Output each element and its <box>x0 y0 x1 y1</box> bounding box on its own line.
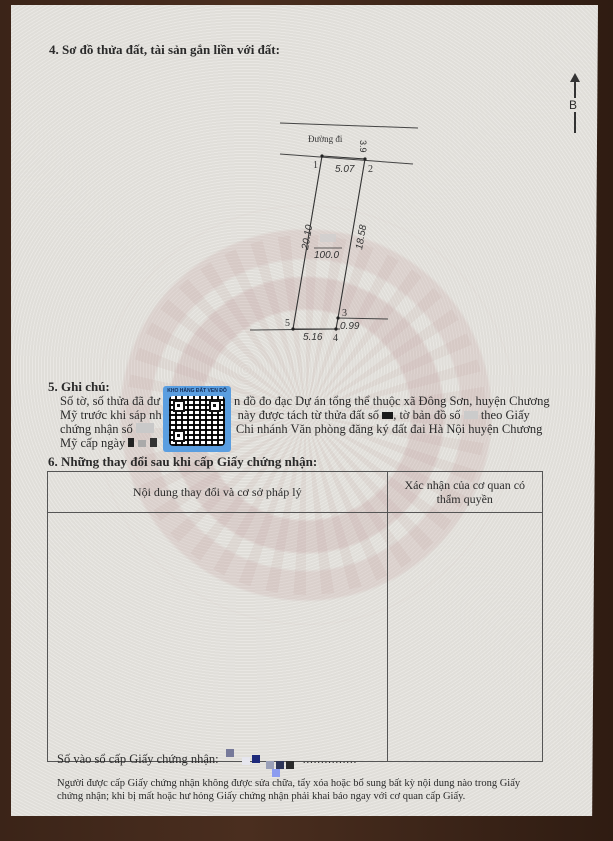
edge-1-2: 5.07 <box>335 164 355 175</box>
edge-4-5: 5.16 <box>303 332 323 343</box>
redacted-box <box>382 412 393 419</box>
redacted-box <box>138 440 146 447</box>
col-header-changes: Nội dung thay đổi và cơ sở pháp lý <box>48 472 388 513</box>
redacted-box <box>136 423 154 433</box>
notes-line-2c: , tờ bản đồ số <box>393 408 460 422</box>
edge-3-4: 0.99 <box>340 321 360 332</box>
north-label: B <box>569 98 577 112</box>
changes-cell <box>48 513 388 762</box>
point-4: 4 <box>333 333 338 344</box>
north-arrow-icon: B <box>570 73 580 133</box>
redacted-box <box>464 411 478 419</box>
section-5-title: 5. Ghi chú: <box>48 379 110 395</box>
notes-line-2a: Mỹ trước khi sáp nh <box>60 408 162 422</box>
section-4-title: 4. Sơ đồ thửa đất, tài sản gắn liền với … <box>49 42 280 58</box>
redacted-box <box>150 438 157 447</box>
edge-5-1: 20.10 <box>300 224 315 252</box>
notes-line-1a: Số tờ, số thửa đã đư <box>60 394 160 408</box>
notes-line-2b: này được tách từ thửa đất số <box>238 408 379 422</box>
point-3: 3 <box>342 308 347 319</box>
notes-line-3a: chứng nhận số <box>60 422 133 436</box>
col-header-confirmation: Xác nhận của cơ quan có thẩm quyền <box>387 472 543 513</box>
registry-dots: ............... <box>303 755 357 766</box>
point-2: 2 <box>368 164 373 175</box>
registry-line: Số vào sổ cấp Giấy chứng nhận: .........… <box>57 752 357 767</box>
qr-code-icon <box>169 396 225 446</box>
redacted-box <box>128 438 134 447</box>
footer-notice: Người được cấp Giấy chứng nhận không đượ… <box>57 777 537 803</box>
notes-line-4a: Mỹ cấp ngày <box>60 436 125 450</box>
registry-label: Số vào sổ cấp Giấy chứng nhận: <box>57 752 219 766</box>
road-label: Đường đi <box>308 134 343 144</box>
confirmation-cell <box>387 513 543 762</box>
point-5: 5 <box>285 318 290 329</box>
notes-line-1b: n đồ đo đạc Dự án tổng thể thuộc xã Đông… <box>234 394 550 408</box>
parcel-area: 100.0 <box>314 250 339 261</box>
section-6-title: 6. Những thay đổi sau khi cấp Giấy chứng… <box>48 454 317 470</box>
point-1: 1 <box>313 160 318 171</box>
changes-table: Nội dung thay đổi và cơ sở pháp lý Xác n… <box>47 471 543 762</box>
road-width: 3.9 <box>358 140 368 153</box>
qr-code-sticker[interactable]: KHO HÀNG ĐẤT VEN ĐÔ <box>163 386 231 452</box>
notes-line-2d: theo Giấy <box>481 408 530 422</box>
qr-sticker-label: KHO HÀNG ĐẤT VEN ĐÔ <box>163 388 231 394</box>
redacted-registry-number <box>222 755 300 765</box>
redacted-parcel-no <box>320 234 336 242</box>
notes-line-3b: Chi nhánh Văn phòng đăng ký đất đai Hà N… <box>236 422 543 436</box>
notes-block: Số tờ, số thửa đã đưn đồ đo đạc Dự án tổ… <box>60 394 560 450</box>
parcel-diagram: Đường đi 3.9 1 2 3 4 5 5.07 18.58 0.99 5… <box>240 110 440 350</box>
edge-2-3: 18.58 <box>354 224 369 251</box>
